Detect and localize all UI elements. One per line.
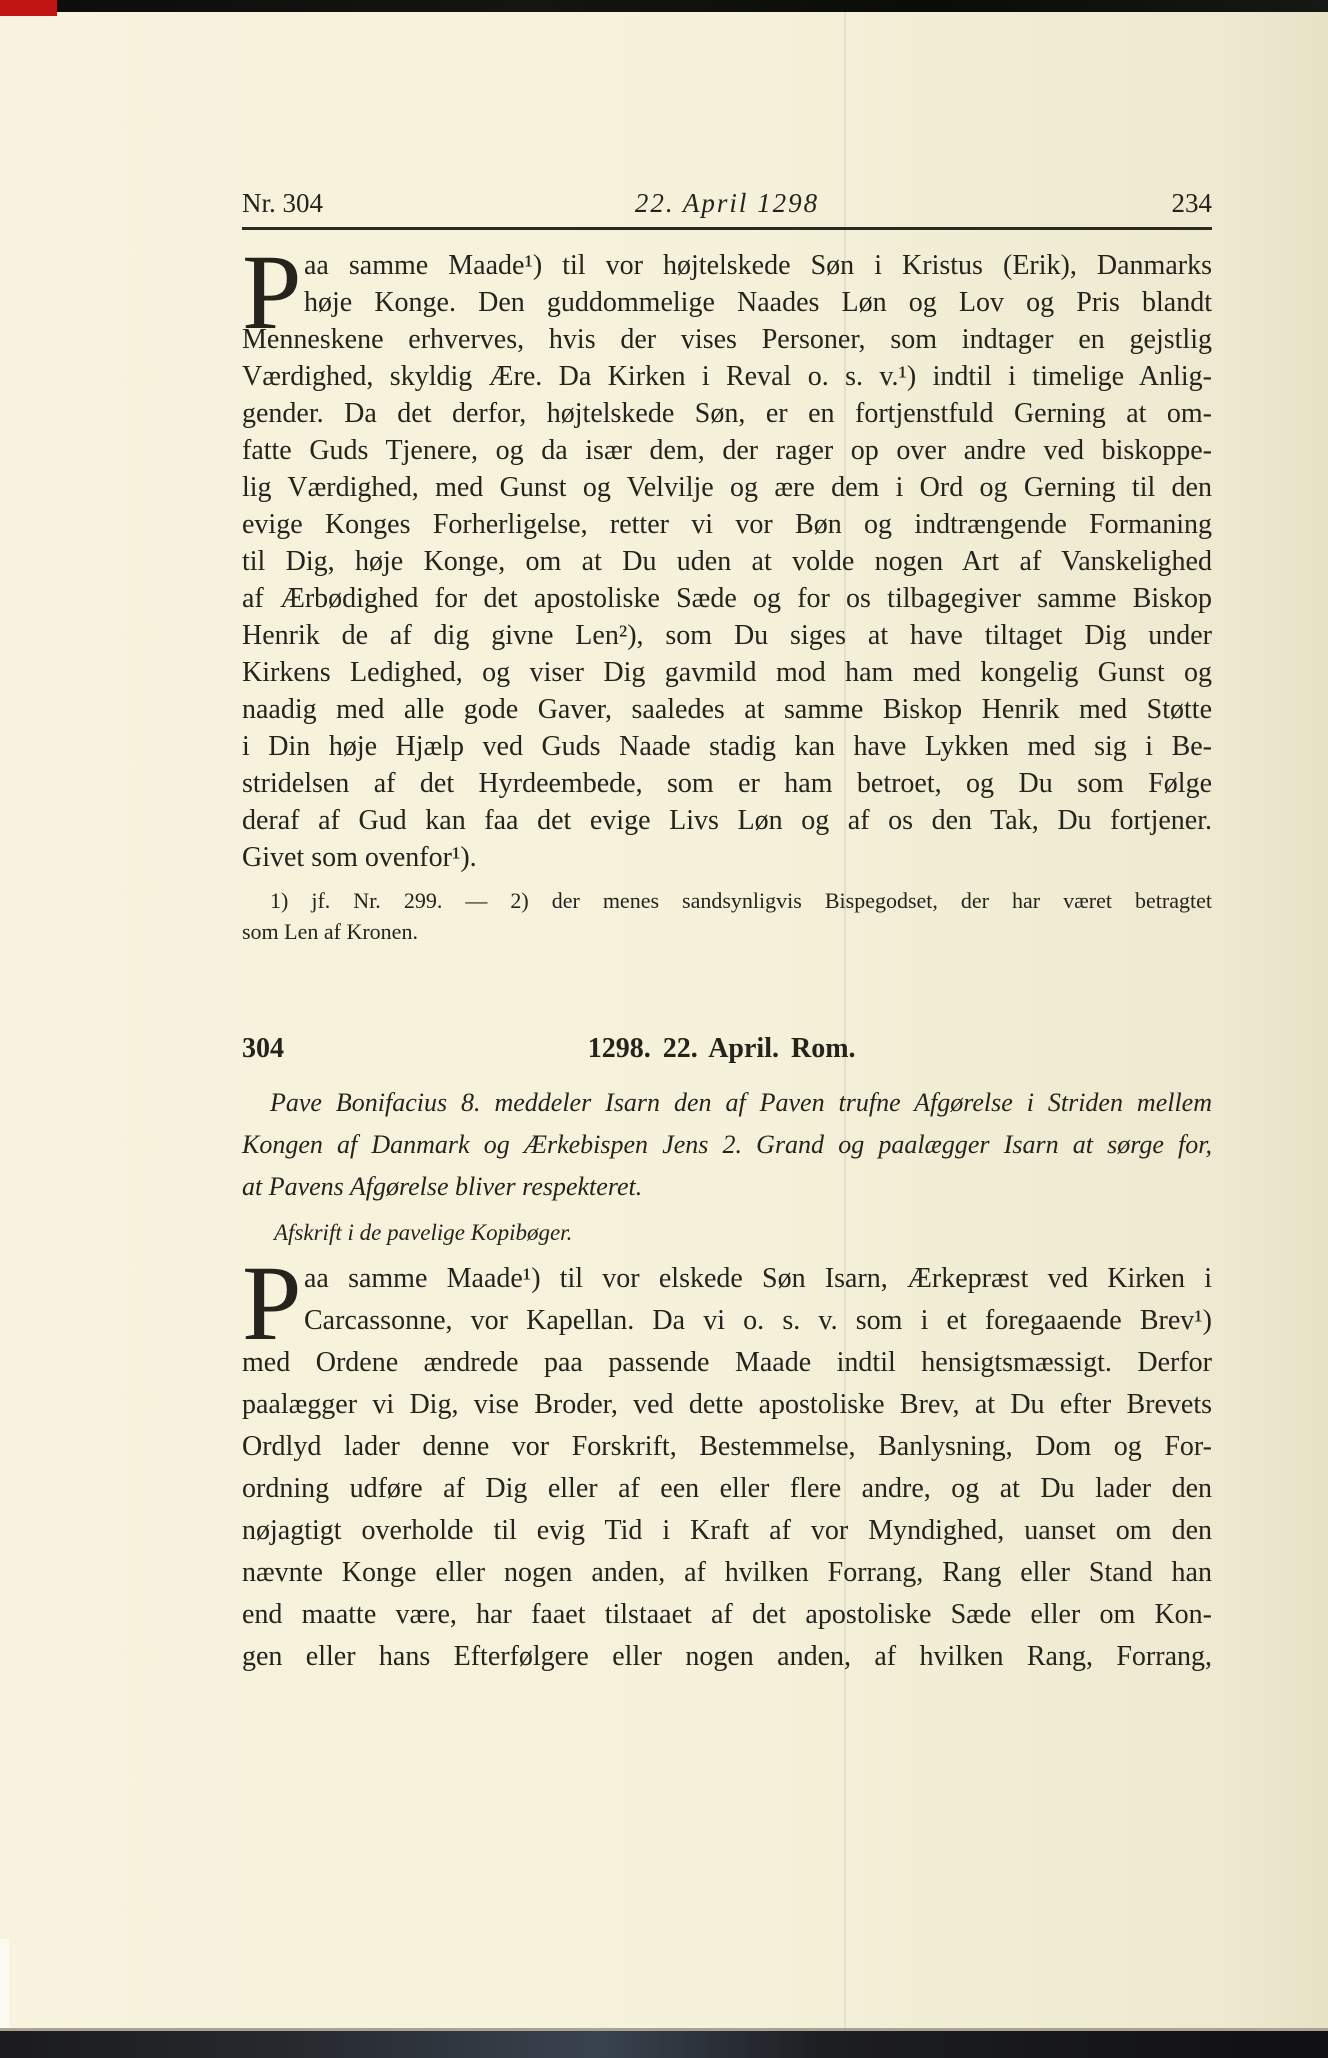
entry-summary: Pave Bonifacius 8. meddeler Isarn den af… xyxy=(242,1082,1212,1208)
text-line: end maatte være, har faaet tilstaaet af … xyxy=(242,1594,1212,1636)
entry-304-body: P aa samme Maade¹) til vor elskede Søn I… xyxy=(242,1258,1212,1678)
text-line: fatte Guds Tjenere, og da især dem, der … xyxy=(242,432,1212,469)
entry-304-lines: aa samme Maade¹) til vor elskede Søn Isa… xyxy=(242,1258,1212,1678)
text-line: evige Konges Forherligelse, retter vi vo… xyxy=(242,506,1212,543)
header-date: 22. April 1298 xyxy=(635,188,819,219)
text-line: naadig med alle gode Gaver, saaledes at … xyxy=(242,691,1212,728)
drop-cap: P xyxy=(242,240,302,347)
source-note: Afskrift i de pavelige Kopibøger. xyxy=(274,1218,1212,1248)
text-line: Henrik de af dig givne Len²), som Du sig… xyxy=(242,617,1212,654)
text-line: gender. Da det derfor, højtelskede Søn, … xyxy=(242,395,1212,432)
footnote-line: som Len af Kronen. xyxy=(242,916,1212,947)
text-line: lig Værdighed, med Gunst og Velvilje og … xyxy=(242,469,1212,506)
entry-303-lines: aa samme Maade¹) til vor højtelskede Søn… xyxy=(242,247,1212,876)
text-line: gen eller hans Efterfølgere eller nogen … xyxy=(242,1636,1212,1678)
text-line: Kirkens Ledighed, og viser Dig gavmild m… xyxy=(242,654,1212,691)
text-line: Carcassonne, vor Kapellan. Da vi o. s. v… xyxy=(242,1300,1212,1342)
footnote-line: 1) jf. Nr. 299. — 2) der menes sandsynli… xyxy=(242,885,1212,916)
entry-dateline: 1298. 22. April. Rom. xyxy=(588,1033,856,1065)
page-header: Nr. 304 22. April 1298 234 xyxy=(242,188,1212,222)
text-line: aa samme Maade¹) til vor højtelskede Søn… xyxy=(242,247,1212,284)
text-line: nøjagtigt overholde til evig Tid i Kraft… xyxy=(242,1510,1212,1552)
text-line: af Ærbødighed for det apostoliske Sæde o… xyxy=(242,580,1212,617)
footnote-lines: 1) jf. Nr. 299. — 2) der menes sandsynli… xyxy=(242,885,1212,947)
text-line: Menneskene erhverves, hvis der vises Per… xyxy=(242,321,1212,358)
header-page-number: 234 xyxy=(1172,188,1213,219)
entry-303-body: P aa samme Maade¹) til vor højtelskede S… xyxy=(242,247,1212,876)
page-scan: Nr. 304 22. April 1298 234 P aa samme Ma… xyxy=(0,0,1328,2058)
entry-heading: 304 1298. 22. April. Rom. xyxy=(242,1033,1212,1069)
summary-line: at Pavens Afgørelse bliver respekteret. xyxy=(242,1166,1212,1208)
text-line: Givet som ovenfor¹). xyxy=(242,839,1212,876)
text-line: Ordlyd lader denne vor Forskrift, Bestem… xyxy=(242,1426,1212,1468)
entry-number: 304 xyxy=(242,1033,284,1065)
corner-sliver xyxy=(0,1939,9,2031)
text-line: aa samme Maade¹) til vor elskede Søn Isa… xyxy=(242,1258,1212,1300)
page-content: Nr. 304 22. April 1298 234 P aa samme Ma… xyxy=(242,0,1212,1678)
text-line: deraf af Gud kan faa det evige Livs Løn … xyxy=(242,802,1212,839)
text-line: høje Konge. Den guddommelige Naades Løn … xyxy=(242,284,1212,321)
header-entry-number: Nr. 304 xyxy=(242,188,323,219)
text-line: stridelsen af det Hyrdeembede, som er ha… xyxy=(242,765,1212,802)
red-mark xyxy=(0,0,57,16)
text-line: paalægger vi Dig, vise Broder, ved dette… xyxy=(242,1384,1212,1426)
drop-cap: P xyxy=(242,1251,302,1358)
bottom-edge-bar xyxy=(0,2028,1328,2058)
summary-line: Kongen af Danmark og Ærkebispen Jens 2. … xyxy=(242,1124,1212,1166)
text-line: Værdighed, skyldig Ære. Da Kirken i Reva… xyxy=(242,358,1212,395)
summary-lines: Pave Bonifacius 8. meddeler Isarn den af… xyxy=(242,1082,1212,1208)
text-line: i Din høje Hjælp ved Guds Naade stadig k… xyxy=(242,728,1212,765)
text-line: med Ordene ændrede paa passende Maade in… xyxy=(242,1342,1212,1384)
text-line: nævnte Konge eller nogen anden, af hvilk… xyxy=(242,1552,1212,1594)
header-rule xyxy=(242,227,1212,230)
text-line: til Dig, høje Konge, om at Du uden at vo… xyxy=(242,543,1212,580)
footnote: 1) jf. Nr. 299. — 2) der menes sandsynli… xyxy=(242,885,1212,947)
summary-line: Pave Bonifacius 8. meddeler Isarn den af… xyxy=(242,1082,1212,1124)
text-line: ordning udføre af Dig eller af een eller… xyxy=(242,1468,1212,1510)
